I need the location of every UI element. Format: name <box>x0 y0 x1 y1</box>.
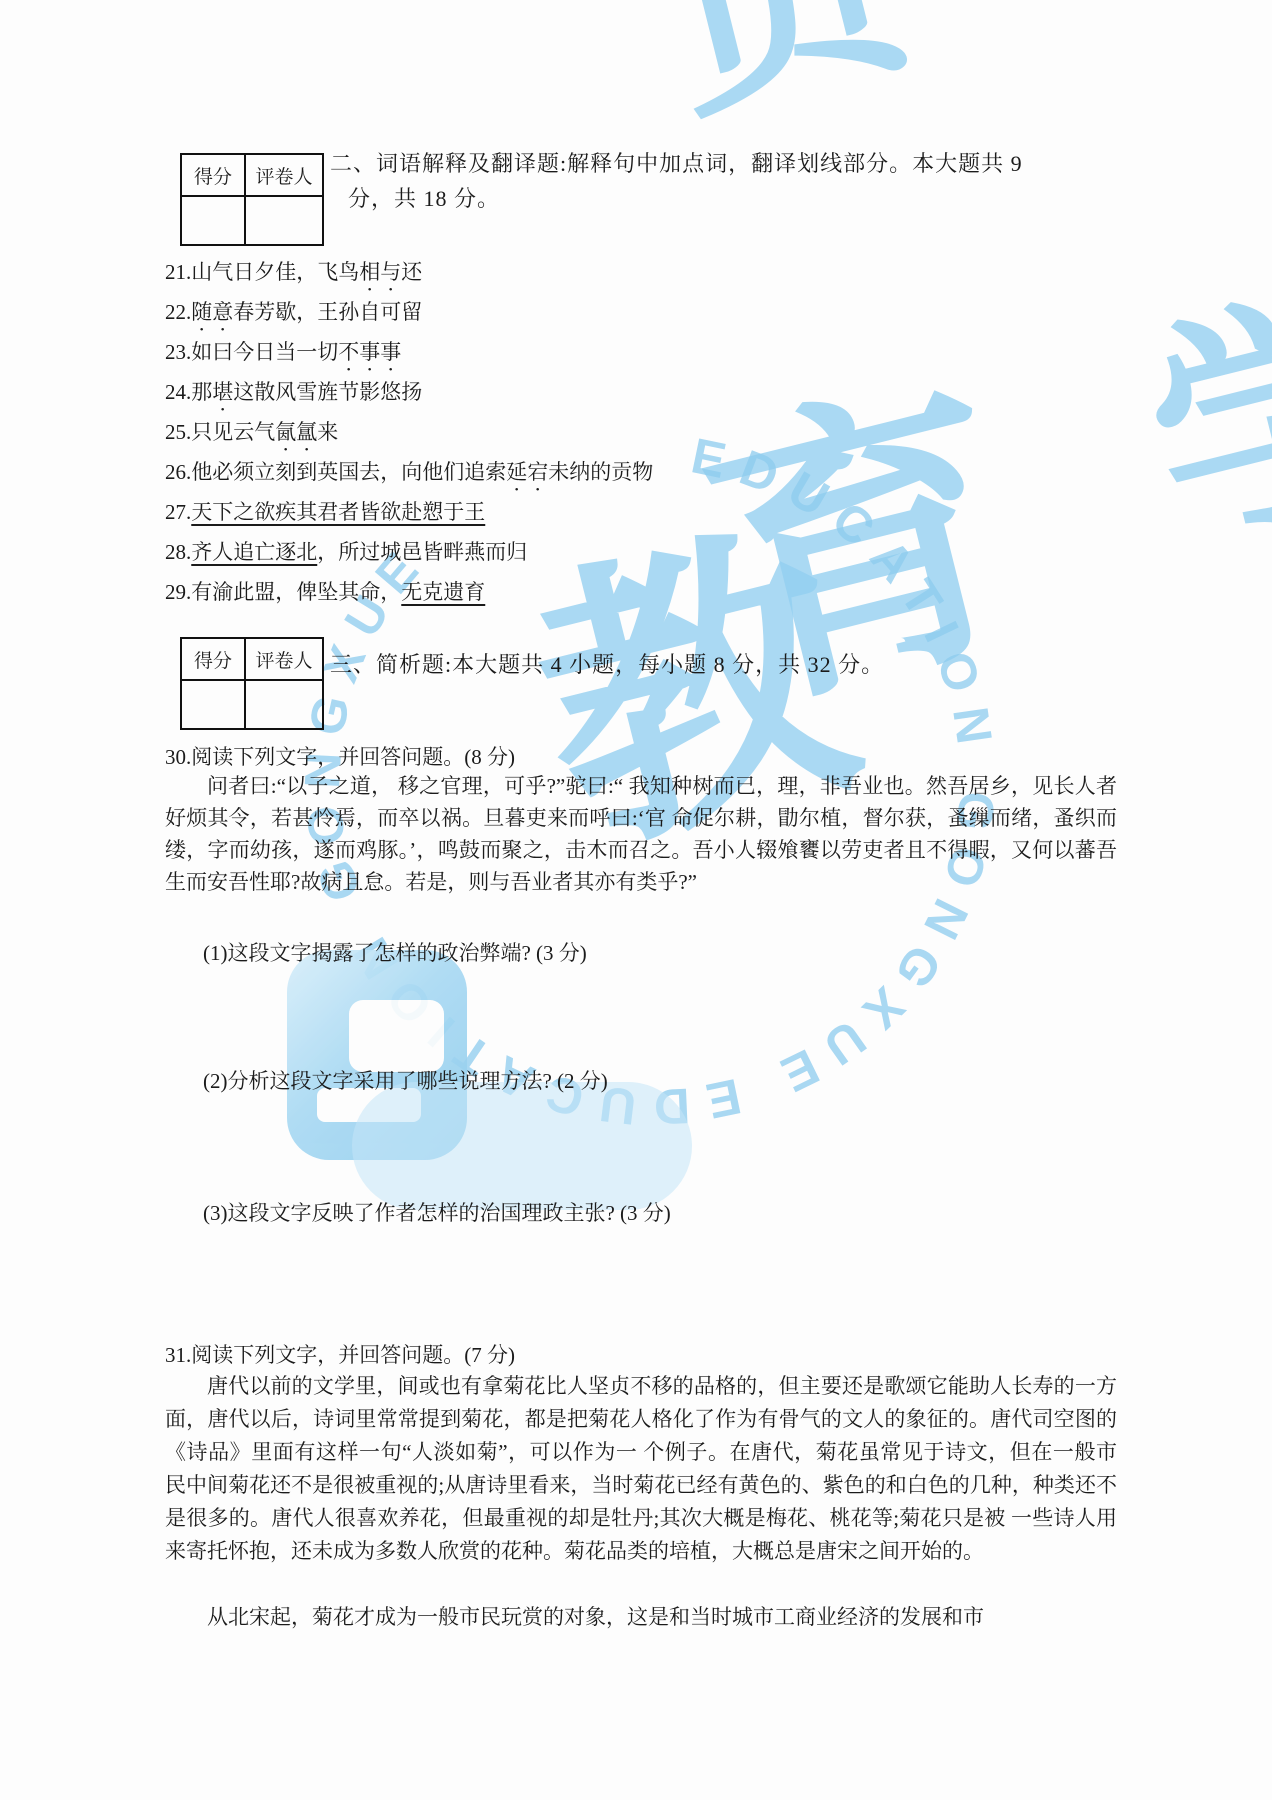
question-number: 29. <box>165 580 191 604</box>
section3-title-line: 三、简析题:本大题共 4 小题，每小题 8 分，共 32 分。 <box>330 647 1130 682</box>
question-26: 26.他必须立刻到英国去，向他们追索延宕未纳的贡物 <box>165 452 1145 492</box>
question-24: 24.那堪这散风雪旌节影悠扬 <box>165 372 1145 412</box>
question-number: 25. <box>165 420 191 444</box>
question-30-sub3: (3)这段文字反映了作者怎样的治国理政主张? (3 分) <box>203 1198 1103 1228</box>
question-21: 21.山气日夕佳，飞鸟相与还 <box>165 252 1145 292</box>
question-number: 22. <box>165 300 191 324</box>
question-31-paragraph2: 从北宋起，菊花才成为一般市民玩赏的对象，这是和当时城市工商业经济的发展和市 <box>165 1601 1117 1634</box>
question-31-passage-2: 从北宋起，菊花才成为一般市民玩赏的对象，这是和当时城市工商业经济的发展和市 <box>165 1601 1117 1634</box>
question-number: 21. <box>165 260 191 284</box>
question-30-passage-text: 问者曰:“以子之道， 移之官理，可乎?”驼曰:“ 我知种树而已，理，非吾业也。然… <box>165 770 1117 898</box>
score-table-section2: 得分 评卷人 <box>180 153 324 246</box>
question-30-passage: 问者曰:“以子之道， 移之官理，可乎?”驼曰:“ 我知种树而已，理，非吾业也。然… <box>165 770 1117 898</box>
question-number: 23. <box>165 340 191 364</box>
question-29: 29.有渝此盟，俾坠其命，无克遗育 <box>165 572 1145 612</box>
grader-cell-empty <box>245 196 323 245</box>
grader-cell-empty <box>245 680 323 729</box>
score-table-section3: 得分 评卷人 <box>180 637 324 730</box>
scanned-exam-page: 贡 学 教 育 EDUCATION GONGXUE EDUCATION GONG… <box>0 0 1272 1800</box>
score-cell-empty <box>181 196 245 245</box>
question-31-stem: 31.阅读下列文字，并回答问题。(7 分) <box>165 1340 1125 1370</box>
question-30-stem: 30.阅读下列文字，并回答问题。(8 分) <box>165 742 1125 772</box>
section3-title: 三、简析题:本大题共 4 小题，每小题 8 分，共 32 分。 <box>330 647 1130 682</box>
question-number: 26. <box>165 460 191 484</box>
grader-label: 评卷人 <box>245 154 323 196</box>
question-31-passage: 唐代以前的文学里，间或也有拿菊花比人坚贞不移的品格的，但主要还是歌颂它能助人长寿… <box>165 1370 1117 1568</box>
question-27: 27.天下之欲疾其君者皆欲赴愬于王 <box>165 492 1145 532</box>
score-cell-empty <box>181 680 245 729</box>
section2-title-line2: 分，共 18 分。 <box>330 181 1130 216</box>
question-25: 25.只见云气氤氲来 <box>165 412 1145 452</box>
question-number: 28. <box>165 540 191 564</box>
question-31-paragraph1: 唐代以前的文学里，间或也有拿菊花比人坚贞不移的品格的，但主要还是歌颂它能助人长寿… <box>165 1370 1117 1568</box>
question-22: 22.随意春芳歇，王孙自可留 <box>165 292 1145 332</box>
score-label: 得分 <box>181 638 245 680</box>
question-number: 24. <box>165 380 191 404</box>
section2-title: 二、词语解释及翻译题:解释句中加点词，翻译划线部分。本大题共 9 分，共 18 … <box>330 146 1130 216</box>
question-23: 23.如曰今日当一切不事事 <box>165 332 1145 372</box>
section2-title-line1: 二、词语解释及翻译题:解释句中加点词，翻译划线部分。本大题共 9 <box>330 146 1130 181</box>
question-number: 27. <box>165 500 191 524</box>
score-label: 得分 <box>181 154 245 196</box>
grader-label: 评卷人 <box>245 638 323 680</box>
question-30-sub1: (1)这段文字揭露了怎样的政治弊端? (3 分) <box>203 938 1103 968</box>
question-28: 28.齐人追亡逐北，所过城邑皆畔燕而归 <box>165 532 1145 572</box>
question-30-sub2: (2)分析这段文字采用了哪些说理方法? (2 分) <box>203 1066 1103 1096</box>
question-list: 21.山气日夕佳，飞鸟相与还 22.随意春芳歇，王孙自可留 23.如曰今日当一切… <box>165 252 1145 612</box>
